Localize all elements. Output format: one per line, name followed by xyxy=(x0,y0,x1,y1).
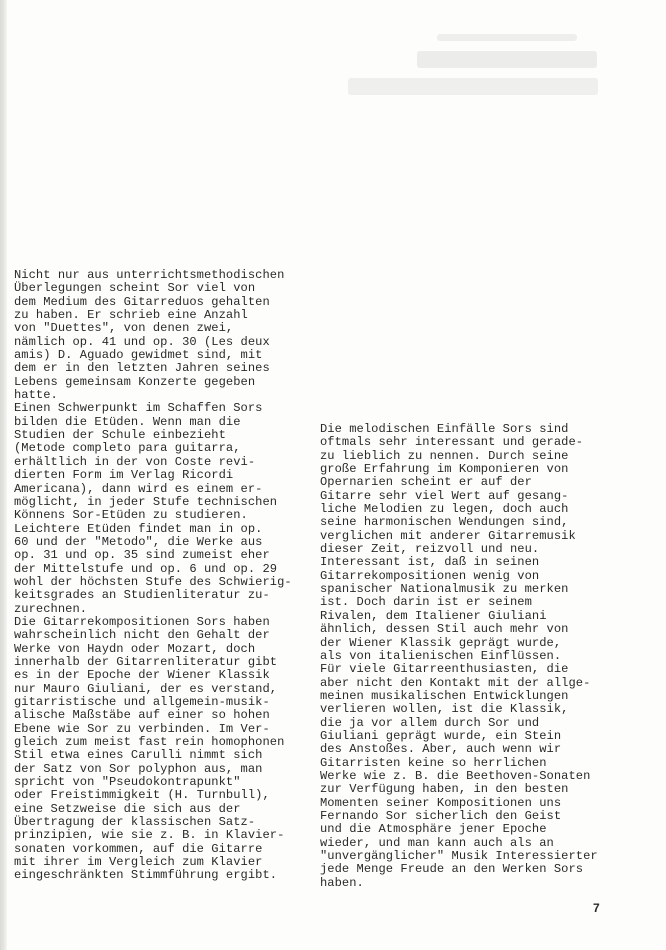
text-line: nämlich op. 41 und op. 30 (Les deux xyxy=(14,336,292,349)
text-line: ähnlich, dessen Stil auch mehr von xyxy=(320,623,598,636)
text-line: des Anstoßes. Aber, auch wenn wir xyxy=(320,743,598,756)
text-line: Übertragung der klassischen Satz- xyxy=(14,816,292,829)
text-line: nur Mauro Giuliani, der es verstand, xyxy=(14,683,292,696)
text-line: dem er in den letzten Jahren seines xyxy=(14,362,292,375)
text-line: Momenten seiner Kompositionen uns xyxy=(320,797,598,810)
text-line: innerhalb der Gitarrenliteratur gibt xyxy=(14,656,292,669)
text-line: seine harmonischen Wendungen sind, xyxy=(320,516,598,529)
text-line: der Mittelstufe und op. 6 und op. 29 xyxy=(14,563,292,576)
text-line: Werke von Haydn oder Mozart, doch xyxy=(14,643,292,656)
text-line: op. 31 und op. 35 sind zumeist eher xyxy=(14,549,292,562)
text-line: als von italienischen Einflüssen. xyxy=(320,650,598,663)
text-line: ist. Doch darin ist er seinem xyxy=(320,596,598,609)
text-line: alische Maßstäbe auf einer so hohen xyxy=(14,709,292,722)
text-line: liche Melodien zu legen, doch auch xyxy=(320,503,598,516)
text-line: Studien der Schule einbezieht xyxy=(14,429,292,442)
text-line: sonaten vorkommen, auf die Gitarre xyxy=(14,843,292,856)
text-line: haben. xyxy=(320,877,598,890)
text-line: Gitarristen keine so herrlichen xyxy=(320,757,598,770)
text-line: meinen musikalischen Entwicklungen xyxy=(320,690,598,703)
text-line: (Metode completo para guitarra, xyxy=(14,442,292,455)
text-line: dem Medium des Gitarreduos gehalten xyxy=(14,296,292,309)
text-line: zur Verfügung haben, in den besten xyxy=(320,783,598,796)
page-edge-shadow xyxy=(0,0,7,950)
text-line: gleich zum meist fast rein homophonen xyxy=(14,736,292,749)
text-line: Werke wie z. B. die Beethoven-Sonaten xyxy=(320,770,598,783)
text-line: spricht von "Pseudokontrapunkt" xyxy=(14,776,292,789)
text-line: jede Menge Freude an den Werken Sors xyxy=(320,863,598,876)
bleed-through-subtitle xyxy=(437,34,577,41)
text-line: keitsgrades an Studienliteratur zu- xyxy=(14,589,292,602)
text-line: dierten Form im Verlag Ricordi xyxy=(14,469,292,482)
page-number: 7 xyxy=(593,901,600,915)
text-line: aber nicht den Kontakt mit der allge- xyxy=(320,677,598,690)
left-text-column: Nicht nur aus unterrichtsmethodischenÜbe… xyxy=(14,269,292,883)
text-line: Rivalen, dem Italiener Giuliani xyxy=(320,610,598,623)
text-line: Americana), dann wird es einem er- xyxy=(14,483,292,496)
text-line: Nicht nur aus unterrichtsmethodischen xyxy=(14,269,292,282)
text-line: es in der Epoche der Wiener Klassik xyxy=(14,669,292,682)
text-line: 60 und der "Metodo", die Werke aus xyxy=(14,536,292,549)
text-line: zu lieblich zu nennen. Durch seine xyxy=(320,450,598,463)
text-line: Opernarien scheint er auf der xyxy=(320,476,598,489)
text-line: verglichen mit anderer Gitarremusik xyxy=(320,530,598,543)
text-line: spanischer Nationalmusik zu merken xyxy=(320,583,598,596)
text-line: und die Atmosphäre jener Epoche xyxy=(320,823,598,836)
text-line: Gitarrekompositionen wenig von xyxy=(320,570,598,583)
text-line: Einen Schwerpunkt im Schaffen Sors xyxy=(14,402,292,415)
bleed-through-title xyxy=(417,51,597,68)
text-line: erhältlich in der von Coste revi- xyxy=(14,456,292,469)
text-line: oder Freistimmigkeit (H. Turnbull), xyxy=(14,789,292,802)
text-line: Für viele Gitarreenthusiasten, die xyxy=(320,663,598,676)
text-line: prinzipien, wie sie z. B. in Klavier- xyxy=(14,829,292,842)
text-line: Stil etwa eines Carulli nimmt sich xyxy=(14,749,292,762)
text-line: wieder, und man kann auch als an xyxy=(320,837,598,850)
text-line: Fernando Sor sicherlich den Geist xyxy=(320,810,598,823)
text-line: Interessant ist, daß in seinen xyxy=(320,556,598,569)
text-line: verlieren wollen, ist die Klassik, xyxy=(320,703,598,716)
text-line: eine Setzweise die sich aus der xyxy=(14,803,292,816)
text-line: amis) D. Aguado gewidmet sind, mit xyxy=(14,349,292,362)
text-line: die ja vor allem durch Sor und xyxy=(320,717,598,730)
text-line: Könnens Sor-Etüden zu studieren. xyxy=(14,509,292,522)
text-line: bilden die Etüden. Wenn man die xyxy=(14,416,292,429)
text-line: der Satz von Sor polyphon aus, man xyxy=(14,763,292,776)
text-line: Die melodischen Einfälle Sors sind xyxy=(320,423,598,436)
text-line: große Erfahrung im Komponieren von xyxy=(320,463,598,476)
text-line: zu haben. Er schrieb eine Anzahl xyxy=(14,309,292,322)
text-line: eingeschränkten Stimmführung ergibt. xyxy=(14,869,292,882)
text-line: Die Gitarrekompositionen Sors haben xyxy=(14,616,292,629)
text-line: Gitarre sehr viel Wert auf gesang- xyxy=(320,490,598,503)
text-line: gitarristische und allgemein-musik- xyxy=(14,696,292,709)
text-line: Giuliani geprägt wurde, ein Stein xyxy=(320,730,598,743)
text-line: Lebens gemeinsam Konzerte gegeben xyxy=(14,376,292,389)
text-line: der Wiener Klassik geprägt wurde, xyxy=(320,637,598,650)
text-line: zurechnen. xyxy=(14,603,292,616)
text-line: hatte. xyxy=(14,389,292,402)
text-line: möglicht, in jeder Stufe technischen xyxy=(14,496,292,509)
text-line: wohl der höchsten Stufe des Schwierig- xyxy=(14,576,292,589)
text-line: Ebene wie Sor zu verbinden. Im Ver- xyxy=(14,723,292,736)
text-line: Überlegungen scheint Sor viel von xyxy=(14,282,292,295)
text-line: von "Duettes", von denen zwei, xyxy=(14,322,292,335)
text-line: "unvergänglicher" Musik Interessierter xyxy=(320,850,598,863)
text-line: oftmals sehr interessant und gerade- xyxy=(320,436,598,449)
bleed-through-title-line2 xyxy=(348,78,598,95)
text-line: dieser Zeit, reizvoll und neu. xyxy=(320,543,598,556)
right-text-column: Die melodischen Einfälle Sors sindoftmal… xyxy=(320,423,598,890)
text-line: Leichtere Etüden findet man in op. xyxy=(14,523,292,536)
text-line: wahrscheinlich nicht den Gehalt der xyxy=(14,629,292,642)
text-line: mit ihrer im Vergleich zum Klavier xyxy=(14,856,292,869)
